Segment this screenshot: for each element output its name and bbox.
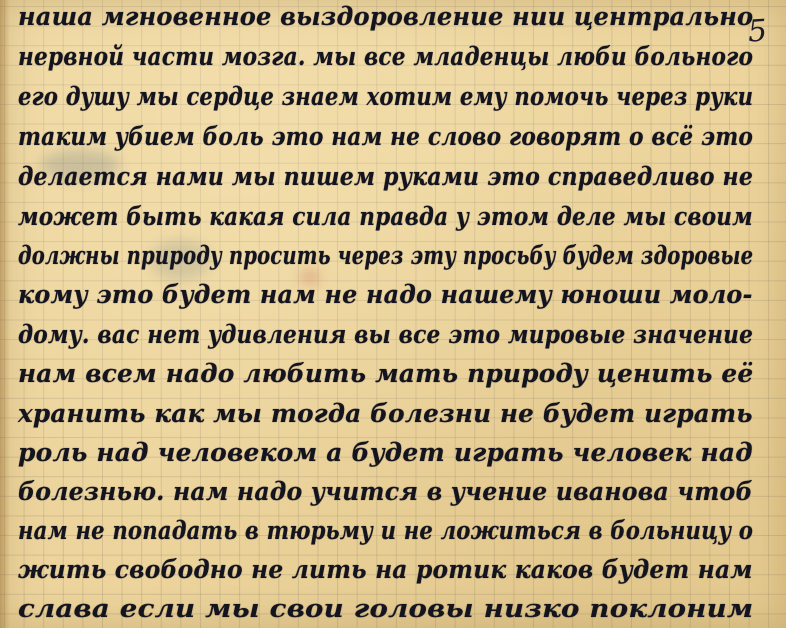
text-line: дому. вас нет удивления вы все это миров… (18, 320, 753, 349)
text-line: кому это будет нам не надо нашему юноши … (18, 280, 753, 309)
text-line: таким убием боль это нам не слово говоря… (18, 122, 753, 151)
text-line: его душу мы сердце знаем хотим ему помоч… (18, 82, 753, 111)
text-line: хранить как мы тогда болезни не будет иг… (18, 399, 753, 428)
text-line: роль над человеком а будет играть челове… (18, 438, 753, 467)
text-line: должны природу просить через эту просьбу… (18, 241, 753, 270)
text-line: болезнью. нам надо учится в учение ивано… (18, 477, 753, 506)
text-line: нам всем надо любить мать природу ценить… (18, 359, 753, 388)
text-line: жить свободно не лить на ротик каков буд… (18, 555, 753, 584)
notebook-page: 5 наша мгновенное выздоровление нии цент… (0, 0, 786, 628)
text-line: может быть какая сила правда у этом деле… (18, 202, 753, 231)
text-line: нам не попадать в тюрьму и не ложиться в… (18, 516, 753, 545)
text-line: нервной части мозга. мы все младенцы люб… (18, 42, 753, 71)
text-line: наша мгновенное выздоровление нии центра… (18, 2, 753, 31)
text-line: слава если мы свои головы низко поклоним (18, 594, 753, 623)
page-edge-shadow (0, 0, 10, 628)
text-line: делается нами мы пишем руками это справе… (18, 162, 753, 191)
